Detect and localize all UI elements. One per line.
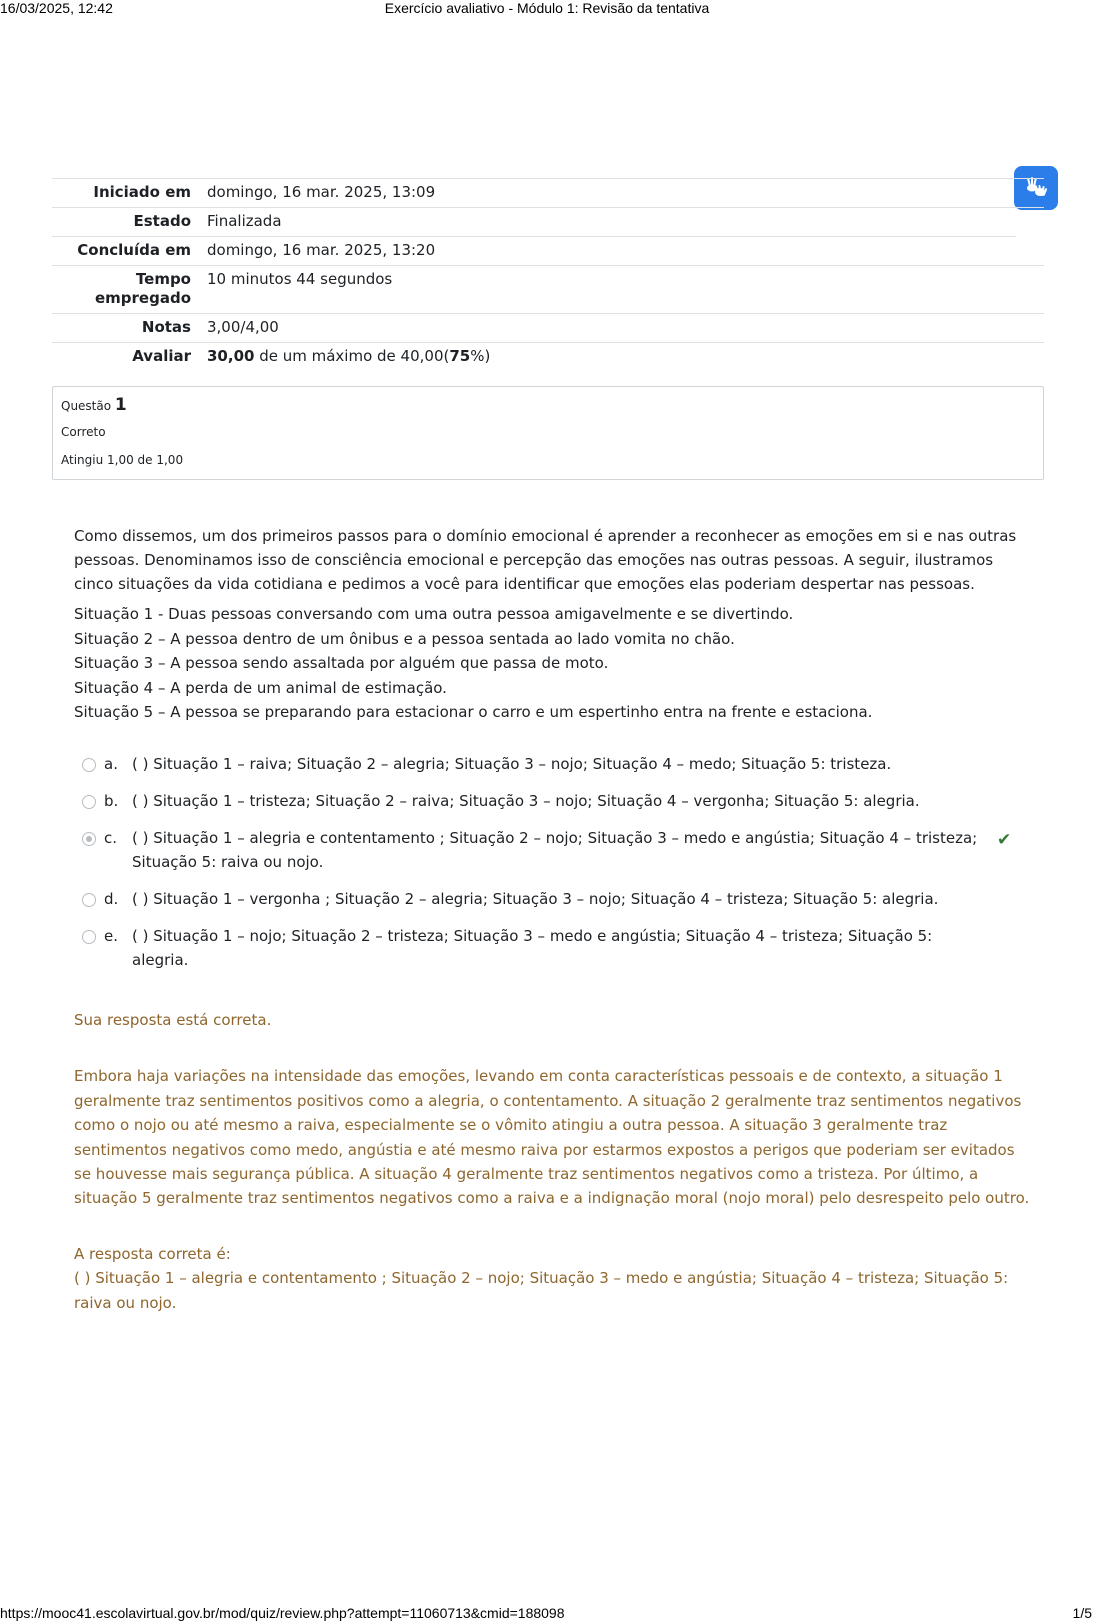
summary-label: Iniciado em: [52, 183, 207, 202]
summary-label: Concluída em: [52, 241, 207, 260]
general-feedback: Embora haja variações na intensidade das…: [74, 1064, 1034, 1210]
grade-suffix: %): [470, 347, 490, 365]
summary-label: Avaliar: [52, 347, 207, 366]
question-prefix: Questão: [61, 399, 111, 413]
answer-option-a[interactable]: a. ( ) Situação 1 – raiva; Situação 2 – …: [82, 752, 1022, 776]
print-url: https://mooc41.escolavirtual.gov.br/mod/…: [0, 1605, 565, 1621]
answer-letter: e.: [104, 924, 132, 948]
answer-text: ( ) Situação 1 – raiva; Situação 2 – ale…: [132, 752, 988, 776]
question-intro: Como dissemos, um dos primeiros passos p…: [74, 524, 1034, 596]
answer-text: ( ) Situação 1 – vergonha ; Situação 2 –…: [132, 887, 988, 911]
radio-button-selected[interactable]: [82, 832, 96, 846]
summary-label: Notas: [52, 318, 207, 337]
answer-letter: b.: [104, 789, 132, 813]
answer-text: ( ) Situação 1 – alegria e contentamento…: [132, 826, 988, 874]
radio-button[interactable]: [82, 930, 96, 944]
situation-item: Situação 3 – A pessoa sendo assaltada po…: [74, 651, 1034, 676]
summary-value: domingo, 16 mar. 2025, 13:09: [207, 183, 1044, 202]
summary-value: 10 minutos 44 segundos: [207, 270, 1044, 308]
answer-option-d[interactable]: d. ( ) Situação 1 – vergonha ; Situação …: [82, 887, 1022, 911]
situations-list: Situação 1 - Duas pessoas conversando co…: [74, 602, 1034, 725]
situation-item: Situação 2 – A pessoa dentro de um ônibu…: [74, 627, 1034, 652]
radio-button[interactable]: [82, 758, 96, 772]
question-state: Correto: [61, 424, 1035, 440]
right-answer-text: ( ) Situação 1 – alegria e contentamento…: [74, 1266, 1034, 1315]
grade-percent: 75: [449, 347, 470, 365]
radio-button[interactable]: [82, 795, 96, 809]
answer-letter: c.: [104, 826, 132, 850]
summary-row-completed: Concluída em domingo, 16 mar. 2025, 13:2…: [52, 236, 1016, 265]
specific-feedback: Sua resposta está correta.: [74, 1008, 1034, 1032]
print-page-number: 1/5: [1073, 1605, 1092, 1621]
answer-text: ( ) Situação 1 – nojo; Situação 2 – tris…: [132, 924, 988, 972]
answer-option-e[interactable]: e. ( ) Situação 1 – nojo; Situação 2 – t…: [82, 924, 1022, 972]
summary-label: Estado: [52, 212, 207, 231]
print-footer: https://mooc41.escolavirtual.gov.br/mod/…: [0, 1603, 1094, 1623]
radio-button[interactable]: [82, 893, 96, 907]
answer-letter: a.: [104, 752, 132, 776]
grade-middle: de um máximo de 40,00(: [254, 347, 449, 365]
summary-grade-value: 30,00 de um máximo de 40,00(75%): [207, 347, 1044, 366]
question-info-box: Questão 1 Correto Atingiu 1,00 de 1,00: [52, 386, 1044, 480]
check-icon: ✔: [997, 828, 1011, 852]
summary-value: Finalizada: [207, 212, 1044, 231]
attempt-summary-table: Iniciado em domingo, 16 mar. 2025, 13:09…: [52, 178, 1044, 371]
question-text: Como dissemos, um dos primeiros passos p…: [74, 524, 1034, 725]
summary-value: 3,00/4,00: [207, 318, 1044, 337]
print-header: 16/03/2025, 12:42 Exercício avaliativo -…: [0, 0, 1094, 18]
answer-option-b[interactable]: b. ( ) Situação 1 – tristeza; Situação 2…: [82, 789, 1022, 813]
right-answer-label: A resposta correta é:: [74, 1242, 1034, 1266]
summary-row-state: Estado Finalizada: [52, 207, 1044, 236]
answer-letter: d.: [104, 887, 132, 911]
question-number: Questão 1: [61, 395, 1035, 416]
summary-row-time-taken: Tempo empregado 10 minutos 44 segundos: [52, 265, 1044, 313]
grade-score: 30,00: [207, 347, 254, 365]
situation-item: Situação 1 - Duas pessoas conversando co…: [74, 602, 1034, 627]
feedback-section: Sua resposta está correta. Embora haja v…: [74, 1008, 1034, 1315]
situation-item: Situação 5 – A pessoa se preparando para…: [74, 700, 1034, 725]
summary-label: Tempo empregado: [52, 270, 207, 308]
question-number-value: 1: [115, 395, 127, 415]
answer-option-c[interactable]: c. ( ) Situação 1 – alegria e contentame…: [82, 826, 1022, 874]
situation-item: Situação 4 – A perda de um animal de est…: [74, 676, 1034, 701]
summary-row-started: Iniciado em domingo, 16 mar. 2025, 13:09: [52, 178, 1044, 207]
summary-row-marks: Notas 3,00/4,00: [52, 313, 1044, 342]
summary-value: domingo, 16 mar. 2025, 13:20: [207, 241, 1016, 260]
answer-text: ( ) Situação 1 – tristeza; Situação 2 – …: [132, 789, 988, 813]
summary-row-grade: Avaliar 30,00 de um máximo de 40,00(75%): [52, 342, 1044, 371]
answer-options: a. ( ) Situação 1 – raiva; Situação 2 – …: [82, 752, 1022, 985]
print-page-title: Exercício avaliativo - Módulo 1: Revisão…: [0, 0, 1094, 16]
question-mark: Atingiu 1,00 de 1,00: [61, 452, 1035, 468]
